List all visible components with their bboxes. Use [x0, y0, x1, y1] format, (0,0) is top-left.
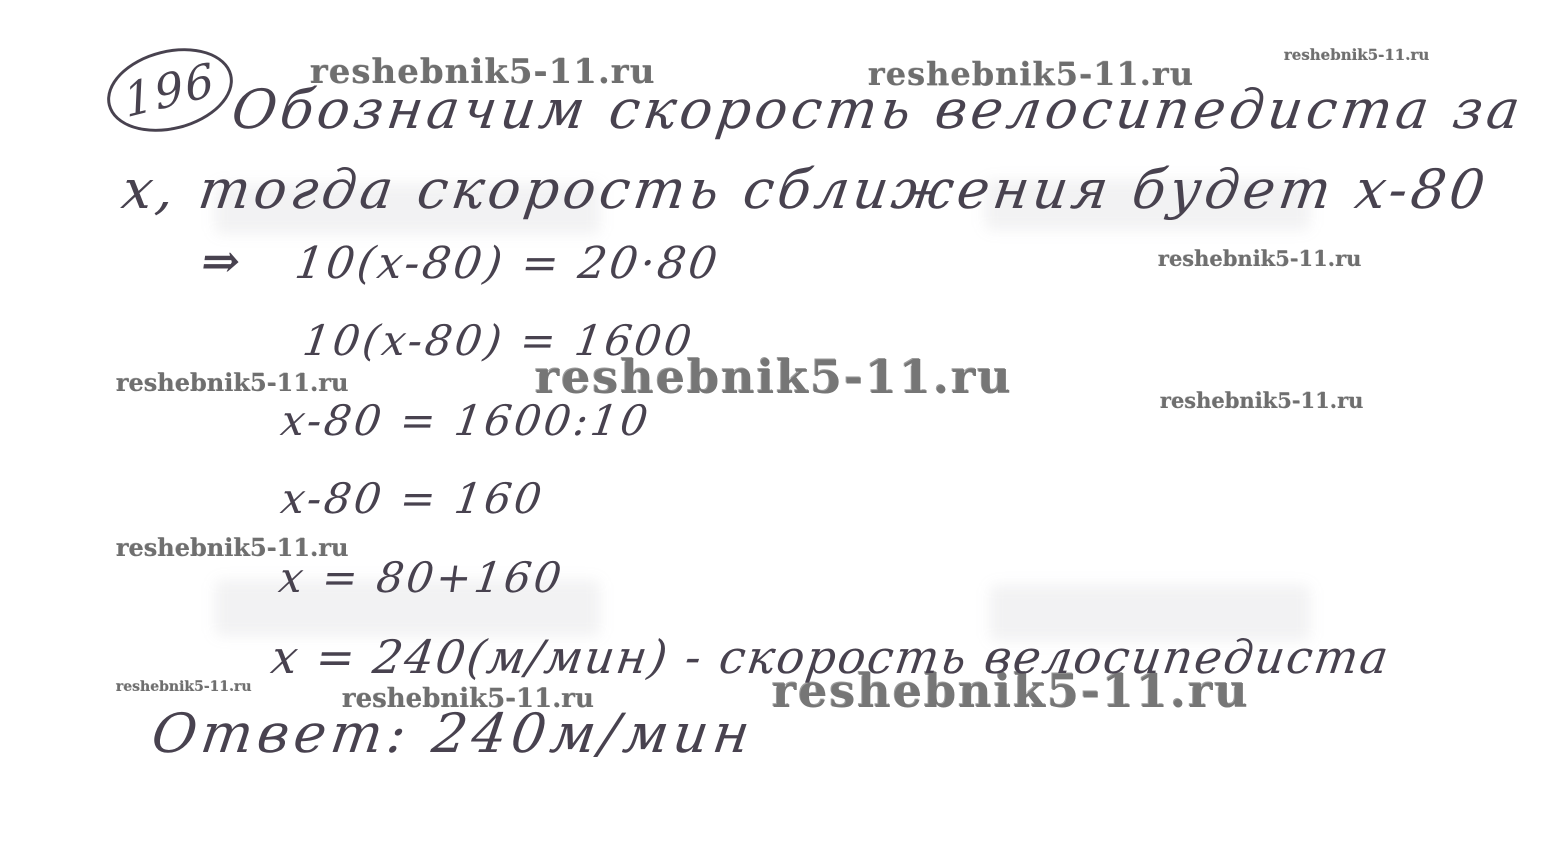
equation-4: x-80 = 160 — [278, 474, 548, 523]
equation-1: 10(x-80) = 20·80 — [292, 238, 723, 289]
solution-line-2: x, тогда скорость сближения будет x-80 — [118, 158, 1493, 221]
equation-3: x-80 = 1600:10 — [278, 396, 654, 445]
implies-arrow: ⇒ — [198, 234, 247, 288]
problem-number: 196 — [121, 52, 220, 128]
equation-6: x = 240(м/мин) - скорость велосипедиста — [268, 630, 1393, 684]
watermark-mid-right-2: reshebnik5-11.ru — [1160, 388, 1364, 413]
solution-line-1: Обозначим скорость велосипедиста за — [228, 78, 1528, 141]
equation-2: 10(x-80) = 1600 — [300, 316, 697, 365]
watermark-top-right: reshebnik5-11.ru — [1284, 46, 1429, 64]
equation-5: x = 80+160 — [276, 553, 567, 602]
watermark-bottom-left-small: reshebnik5-11.ru — [116, 679, 252, 695]
problem-number-circle: 196 — [98, 36, 242, 145]
watermark-mid-right-1: reshebnik5-11.ru — [1158, 246, 1362, 271]
scanned-solution-page: 196 reshebnik5-11.ru reshebnik5-11.ru re… — [0, 0, 1567, 863]
answer-line: Ответ: 240м/мин — [148, 702, 758, 765]
watermark-mid-left-1: reshebnik5-11.ru — [116, 368, 349, 397]
